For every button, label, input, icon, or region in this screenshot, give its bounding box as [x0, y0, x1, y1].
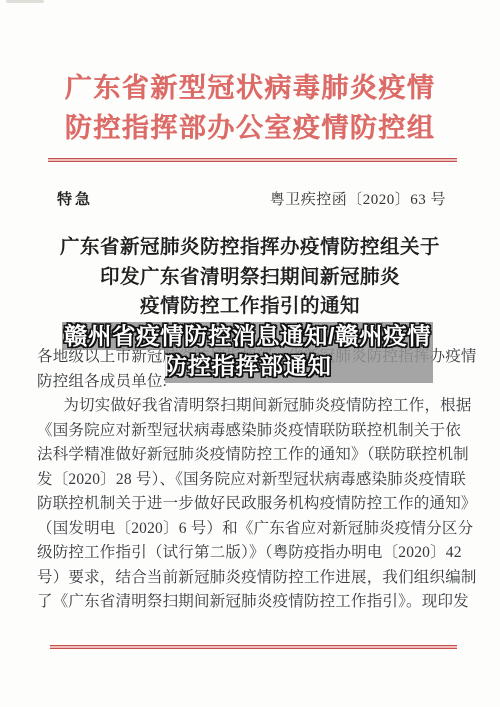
- document-title-line1: 广东省新冠肺炎防控指挥办疫情防控组关于: [0, 233, 500, 263]
- meta-row: 特急 粤卫疾控函〔2020〕63 号: [0, 188, 500, 208]
- document-title-line2: 印发广东省清明祭扫期间新冠肺炎: [0, 263, 500, 293]
- letterhead-line2: 防控指挥部办公室疫情防控组: [0, 108, 500, 148]
- body-line: （国发明电〔2020〕6 号）和《广东省应对新冠肺炎疫情分区分: [37, 517, 460, 542]
- urgency-label: 特急: [57, 188, 93, 209]
- document-number: 粤卫疾控函〔2020〕63 号: [270, 188, 446, 209]
- body-line: 发〔2020〕28 号）、《国务院应对新型冠状病毒感染肺炎疫情联: [37, 468, 460, 493]
- overlay-title-line1: 赣州省疫情防控消息通知/赣州疫情: [62, 322, 433, 351]
- body-line: 法科学精准做好新冠肺炎疫情防控工作的通知》（联防联控机制: [37, 443, 460, 468]
- body-line: 号）要求，结合当前新冠肺炎疫情防控工作进展，我们组织编制: [37, 566, 460, 591]
- letterhead-divider-rule: [48, 158, 457, 162]
- document-title: 广东省新冠肺炎防控指挥办疫情防控组关于 印发广东省清明祭扫期间新冠肺炎 疫情防控…: [0, 233, 500, 322]
- letterhead-line1: 广东省新型冠状病毒肺炎疫情: [0, 68, 500, 108]
- letterhead: 广东省新型冠状病毒肺炎疫情 防控指挥部办公室疫情防控组: [0, 68, 500, 148]
- document-title-line3: 疫情防控工作指引的通知: [0, 292, 500, 322]
- body-line: 了《广东省清明祭扫期间新冠肺炎疫情防控工作指引》。现印发: [37, 590, 460, 615]
- body-line: 防联控机制关于进一步做好民政服务机构疫情防控工作的通知》: [37, 492, 460, 517]
- body-text: 各地级以上市新冠肺炎防控指挥部、省新冠肺炎防控指挥办疫情 防控组各成员单位: 为…: [37, 345, 460, 615]
- footer-divider-rule: [50, 645, 457, 649]
- body-line: 《国务院应对新型冠状病毒感染肺炎疫情联防联控机制关于依: [37, 419, 460, 444]
- scanned-document-page: 广东省新型冠状病毒肺炎疫情 防控指挥部办公室疫情防控组 特急 粤卫疾控函〔202…: [0, 0, 500, 707]
- scan-artifact: [6, 0, 44, 3]
- body-line: 级防控工作指引（试行第二版）》（粤防疫指办明电〔2020〕42: [37, 541, 460, 566]
- body-line: 为切实做好我省清明祭扫期间新冠肺炎疫情防控工作，根据: [37, 394, 460, 419]
